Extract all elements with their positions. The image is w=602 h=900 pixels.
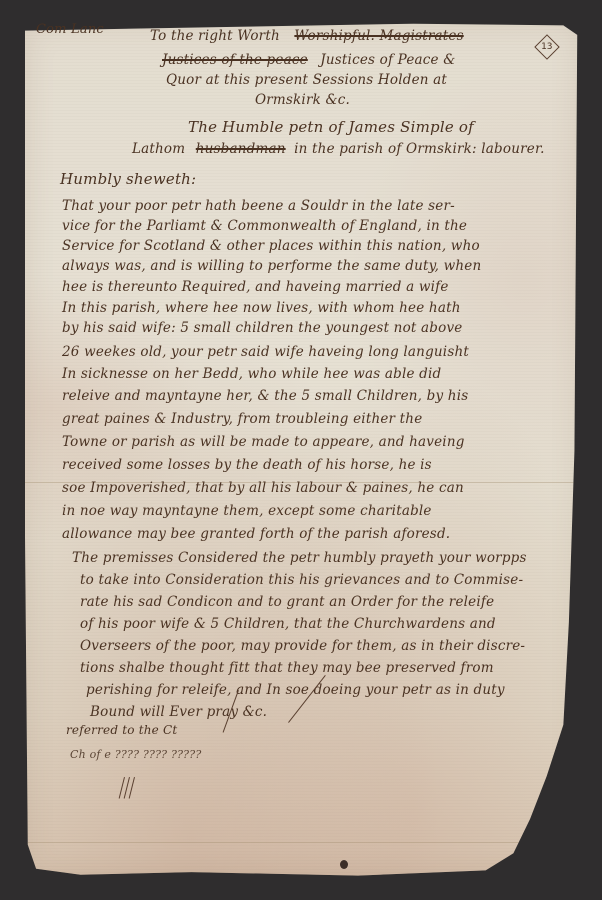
body-line: in noe way mayntayne them, except some c… — [62, 503, 432, 519]
address-text: To the right Worth — [150, 28, 280, 44]
body-line: releive and mayntayne her, & the 5 small… — [62, 388, 468, 404]
ink-blot — [340, 860, 348, 869]
body-line: to take into Consideration this his grie… — [80, 572, 523, 588]
body-line: perishing for releife, and In soe doeing… — [86, 682, 505, 698]
body-line: tions shalbe thought fitt that they may … — [80, 660, 494, 676]
tally-mark — [118, 777, 140, 799]
struck-text: Justices of the peace — [162, 52, 308, 68]
body-line: The premisses Considered the petr humbly… — [72, 550, 527, 566]
body-line: Towne or parish as will be made to appea… — [62, 434, 465, 450]
struck-text: husbandman — [196, 141, 286, 157]
body-line: Bound will Ever pray &c. — [90, 704, 267, 720]
body-line: 26 weekes old, your petr said wife havei… — [62, 344, 469, 360]
body-line: received some losses by the death of his… — [62, 457, 432, 473]
endorsement-line-1: referred to the Ct — [66, 723, 177, 737]
body-line: allowance may bee granted forth of the p… — [62, 526, 450, 542]
title-text: in the parish of Ormskirk: labourer. — [294, 141, 544, 157]
address-line-1: To the right Worth Worshipful. Magistrat… — [150, 28, 464, 44]
margin-note: Com Lanc — [36, 22, 104, 37]
body-line: by his said wife: 5 small children the y… — [62, 320, 462, 336]
title-text: Lathom — [132, 141, 185, 157]
body-line: In this parish, where hee now lives, wit… — [62, 300, 461, 316]
body-line: vice for the Parliamt & Commonwealth of … — [62, 218, 467, 234]
title-line-1: The Humble petn of James Simple of — [188, 118, 474, 136]
struck-text: Worshipful. Magistrates — [294, 28, 463, 44]
body-line: always was, and is willing to performe t… — [62, 258, 481, 274]
body-line: rate his sad Condicon and to grant an Or… — [80, 594, 494, 610]
body-line: of his poor wife & 5 Children, that the … — [80, 616, 496, 632]
body-line: That your poor petr hath beene a Souldr … — [62, 198, 455, 214]
body-line: Overseers of the poor, may provide for t… — [80, 638, 525, 654]
body-line: Service for Scotland & other places with… — [62, 238, 480, 254]
folio-number: 13 — [541, 42, 552, 52]
body-line: soe Impoverished, that by all his labour… — [62, 480, 464, 496]
salutation: Humbly sheweth: — [60, 170, 196, 188]
body-line: hee is thereunto Required, and haveing m… — [62, 279, 449, 295]
fold-line — [25, 842, 580, 843]
address-line-3: Quor at this present Sessions Holden at — [166, 72, 447, 88]
title-line-2: Lathom husbandman in the parish of Ormsk… — [132, 141, 545, 157]
address-line-4: Ormskirk &c. — [255, 92, 350, 108]
body-line: great paines & Industry, from troubleing… — [62, 411, 422, 427]
address-text: Justices of Peace & — [320, 52, 455, 68]
endorsement-line-2: Ch of e ???? ???? ????? — [70, 748, 201, 761]
body-line: In sicknesse on her Bedd, who while hee … — [62, 366, 441, 382]
address-line-2: Justices of the peace Justices of Peace … — [162, 52, 455, 68]
tally-stroke — [129, 777, 136, 799]
